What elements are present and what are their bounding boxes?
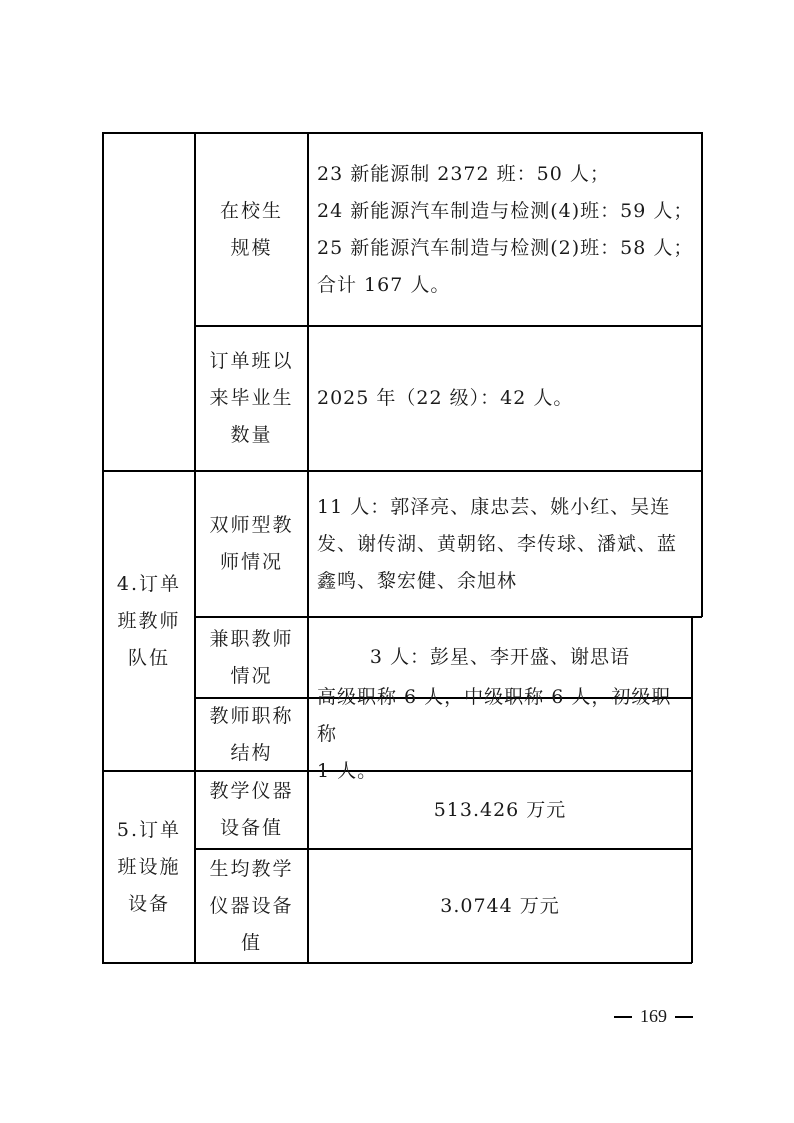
label-line: 仪器设备: [209, 888, 293, 925]
label-line: 结构: [209, 735, 293, 772]
page-number: 169: [606, 1006, 701, 1027]
label-line: 4.订单: [117, 566, 181, 603]
content-line: 发、谢传湖、黄朝铭、李传球、潘斌、蓝: [317, 526, 677, 563]
label-line: 教学仪器: [209, 773, 293, 810]
table-border-right: [701, 132, 703, 617]
label-line: 情况: [209, 658, 293, 695]
label-equipment-value: 教学仪器 设备值: [196, 772, 307, 848]
label-line: 5.订单: [117, 812, 181, 849]
content-equipment-value: 513.426 万元: [309, 772, 691, 848]
label-line: 来毕业生: [209, 380, 293, 417]
label-per-student-equipment-value: 生均教学 仪器设备 值: [196, 850, 307, 962]
label-line: 双师型教: [209, 507, 293, 544]
label-line: 班教师: [117, 603, 181, 640]
content-line: 合计 167 人。: [317, 267, 693, 304]
label-line: 数量: [209, 417, 293, 454]
label-line: 教师职称: [209, 698, 293, 735]
content-line: 23 新能源制 2372 班：50 人；: [317, 156, 693, 193]
label-line: 设备: [117, 886, 181, 923]
content-per-student-equipment-value: 3.0744 万元: [309, 850, 691, 962]
section-5-label: 5.订单 班设施 设备: [104, 772, 194, 962]
label-graduates: 订单班以 来毕业生 数量: [196, 327, 307, 470]
content-graduates: 2025 年（22 级）：42 人。: [309, 327, 701, 470]
label-line: 在校生: [220, 193, 283, 230]
table-border-right: [691, 616, 693, 963]
section-4-label: 4.订单 班教师 队伍: [104, 472, 194, 770]
label-line: 师情况: [209, 544, 293, 581]
label-line: 值: [209, 925, 293, 962]
label-dual-qualified-teachers: 双师型教 师情况: [196, 472, 307, 616]
document-page: 在校生 规模 23 新能源制 2372 班：50 人； 24 新能源汽车制造与检…: [0, 0, 794, 1123]
label-line: 队伍: [117, 640, 181, 677]
label-line: 兼职教师: [209, 621, 293, 658]
content-line: 24 新能源汽车制造与检测(4)班：59 人；: [317, 193, 693, 230]
label-line: 生均教学: [209, 851, 293, 888]
content-line: 513.426 万元: [434, 792, 567, 829]
content-line: 3 人：彭星、李开盛、谢思语: [370, 639, 630, 676]
label-line: 班设施: [117, 849, 181, 886]
label-part-time-teachers: 兼职教师 情况: [196, 618, 307, 697]
content-line: 高级职称 6 人，中级职称 6 人，初级职称: [317, 679, 691, 753]
content-school-scale: 23 新能源制 2372 班：50 人； 24 新能源汽车制造与检测(4)班：5…: [309, 134, 701, 325]
label-line: 订单班以: [209, 343, 293, 380]
content-line: 2025 年（22 级）：42 人。: [317, 380, 573, 417]
content-title-structure: 高级职称 6 人，中级职称 6 人，初级职称 1 人。: [309, 699, 691, 770]
dash-right: [675, 1016, 693, 1018]
content-line: 3.0744 万元: [440, 888, 560, 925]
table-border-bottom: [102, 962, 692, 964]
label-line: 规模: [220, 230, 283, 267]
page-number-text: 169: [640, 1006, 667, 1027]
label-school-scale: 在校生 规模: [196, 134, 307, 325]
label-line: 设备值: [209, 810, 293, 847]
content-line: 鑫鸣、黎宏健、余旭林: [317, 563, 677, 600]
content-line: 25 新能源汽车制造与检测(2)班：58 人；: [317, 230, 693, 267]
content-line: 11 人：郭泽亮、康忠芸、姚小红、吴连: [317, 489, 677, 526]
label-title-structure: 教师职称 结构: [196, 699, 307, 770]
content-dual-qualified-teachers: 11 人：郭泽亮、康忠芸、姚小红、吴连 发、谢传湖、黄朝铭、李传球、潘斌、蓝 鑫…: [309, 472, 701, 616]
dash-left: [614, 1016, 632, 1018]
